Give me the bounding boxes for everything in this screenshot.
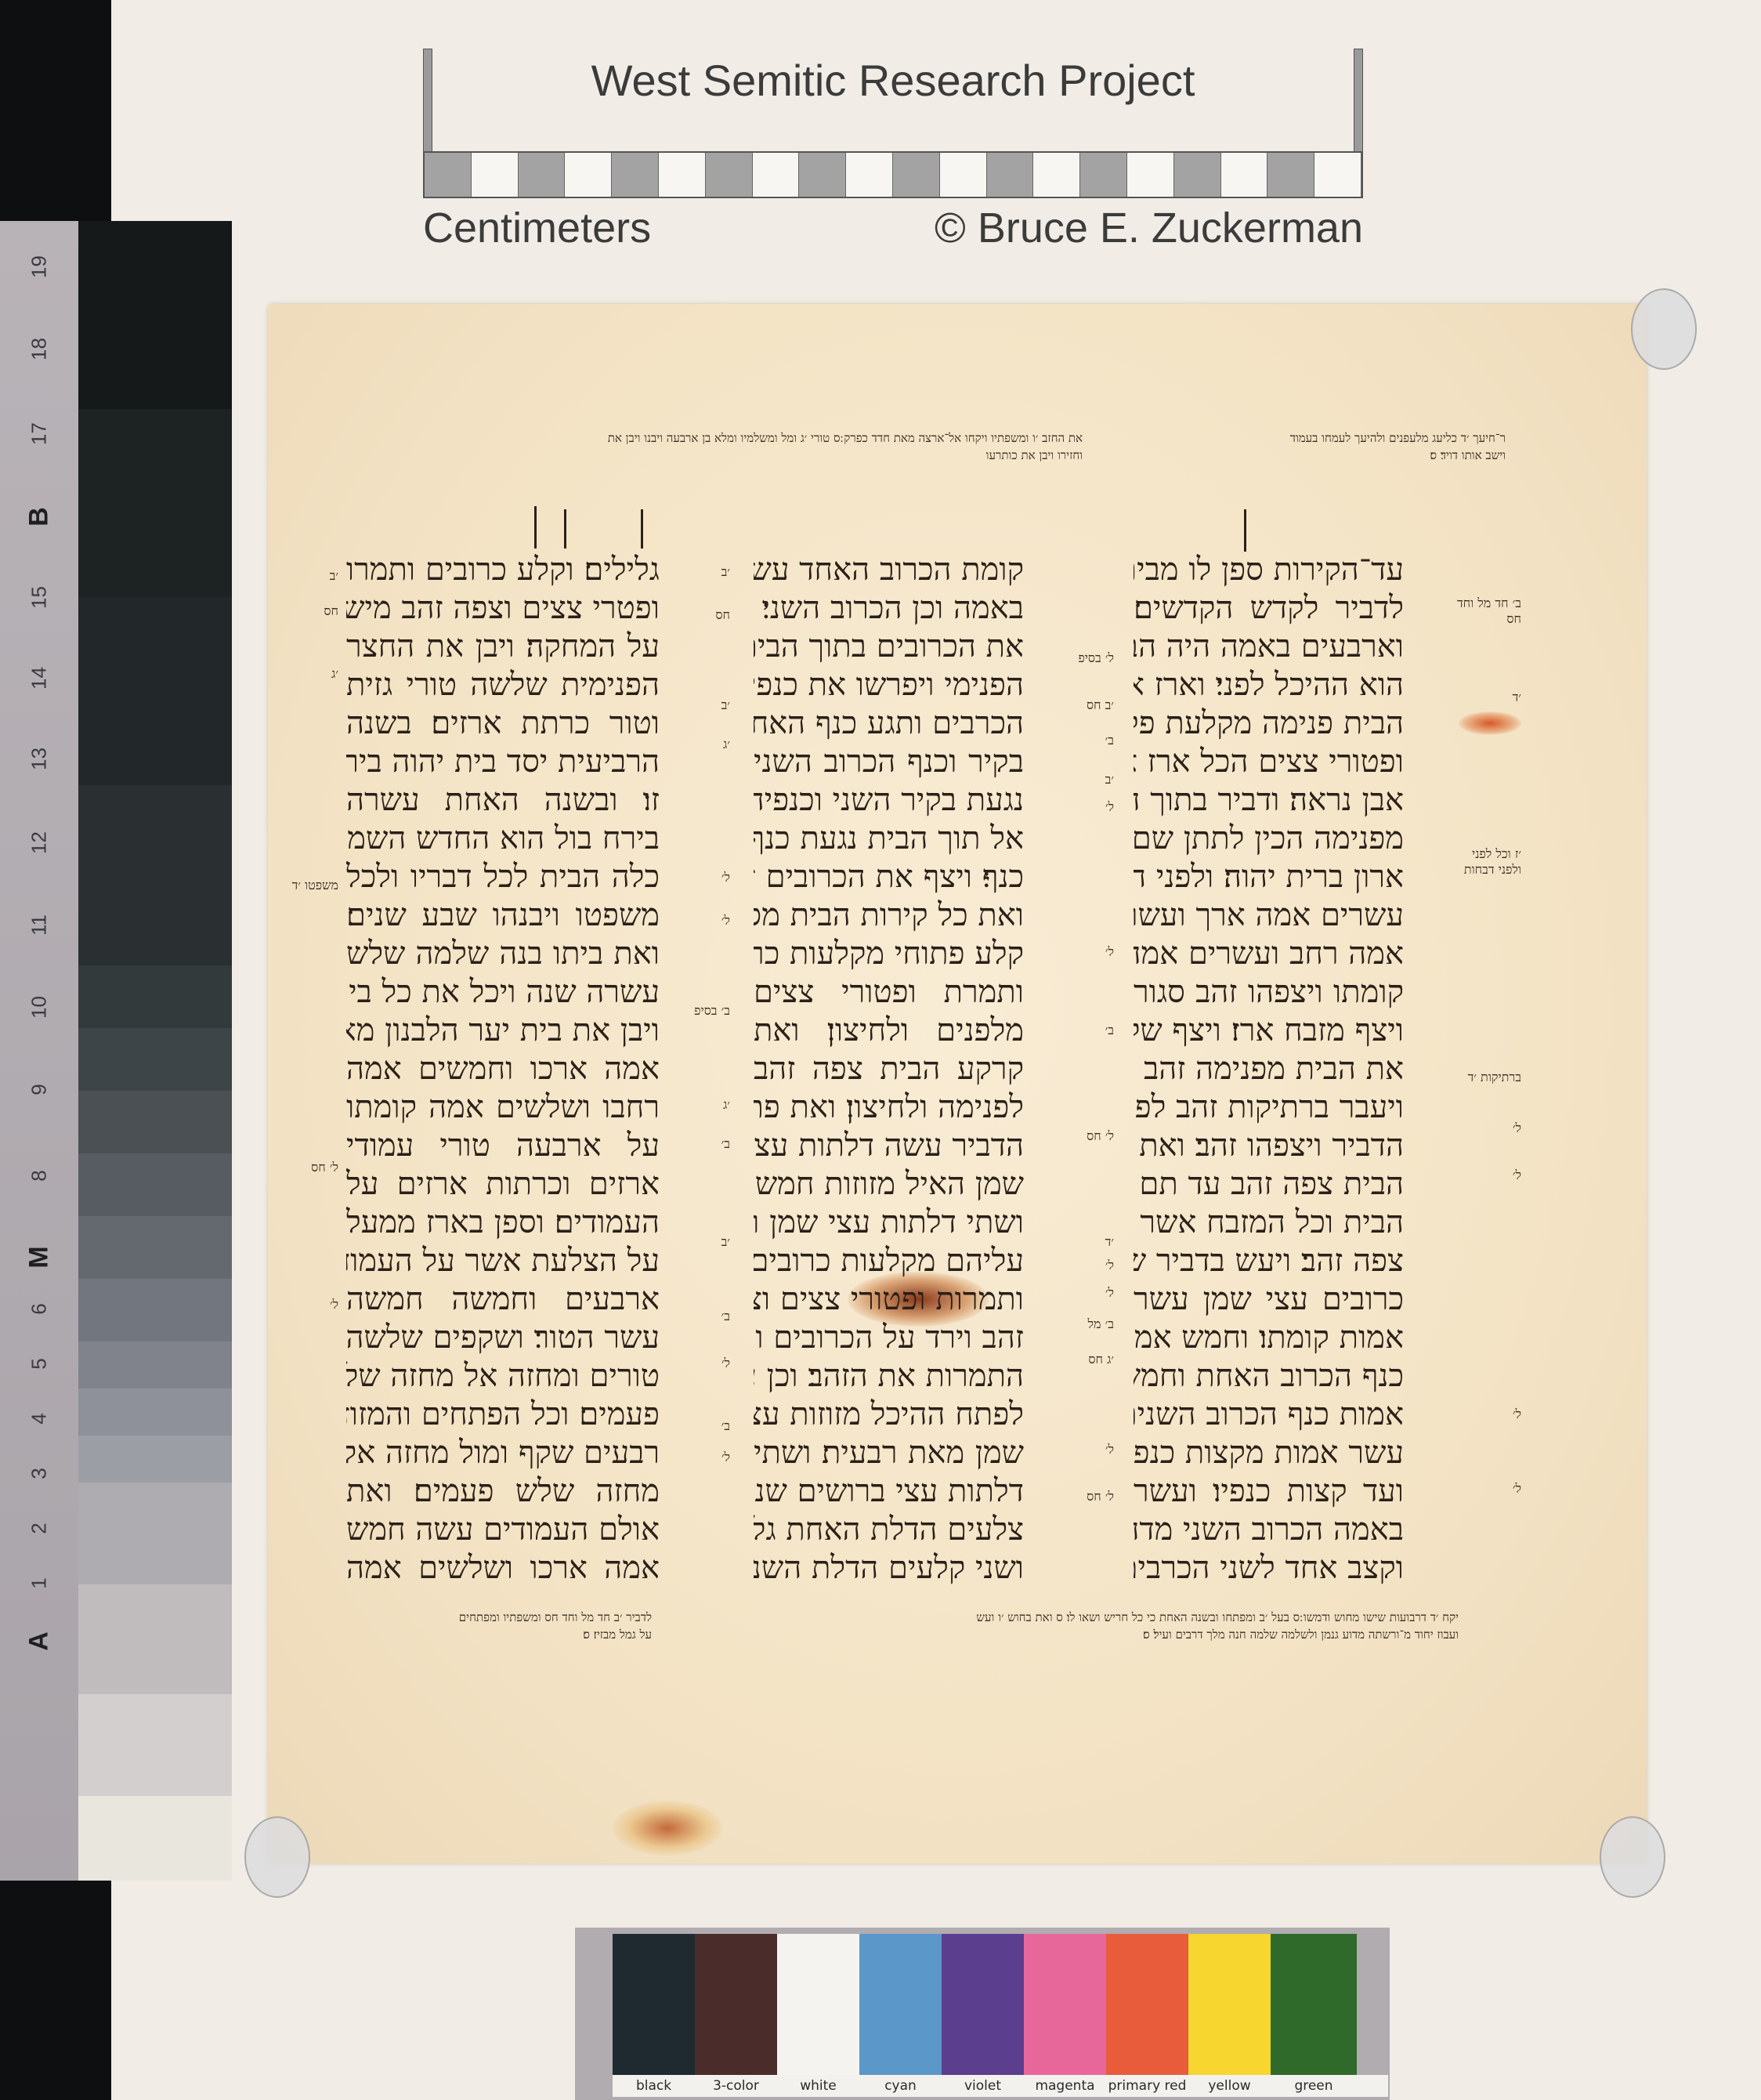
- text-line: אמה ארכו ושלשים אמה: [346, 1549, 660, 1588]
- manuscript-leaf: ר־חיעך ׳ד כליעג מלעפנים ולהיעך לעמחו בעמ…: [268, 304, 1647, 1863]
- text-line: אמות כנף הכרוב השנית: [1134, 1396, 1404, 1434]
- color-label-strip: black3-colorwhitecyanvioletmagentaprimar…: [613, 2075, 1388, 2097]
- ruler-label: 12: [27, 827, 52, 859]
- text-line: ושתי דלתות עצי שמן וקלע: [754, 1204, 1024, 1242]
- text-line: גלילים׃ וקלע כרובים ותמרות: [346, 551, 660, 589]
- ruler-label: 15: [27, 582, 52, 614]
- text-line: ופטורי צצים הכל ארז אין: [1134, 743, 1404, 781]
- ruler-label: A: [24, 1626, 55, 1657]
- ruler-label: 3: [27, 1458, 52, 1490]
- text-line: באמה וכן הכרוב השני׃ ויתן: [754, 589, 1024, 628]
- gray-step: [78, 785, 232, 965]
- marginal-note: ל׳ חס: [1059, 1128, 1114, 1144]
- text-line: אבן נראה׃ ודביר בתוך הבית: [1134, 781, 1404, 820]
- masora-line: יקח ׳ד דרבועות שישו מחוש ודמשו ׃ס בעל ׳ב…: [976, 1609, 1459, 1626]
- marginal-note: ׳ג: [675, 1097, 730, 1113]
- text-line: עליהם מקלעות כרובים: [754, 1242, 1024, 1280]
- ruler-label: 5: [27, 1349, 52, 1380]
- gray-step: [78, 1584, 232, 1694]
- color-patch-violet: [942, 1934, 1024, 2075]
- marginal-note: ל׳ חס: [284, 1160, 338, 1175]
- scale-cell: [706, 153, 753, 197]
- scale-cell: [1221, 153, 1268, 197]
- text-line: רחבו ושלשים אמה קומתו: [346, 1088, 660, 1127]
- stain-right-margin: [1459, 711, 1521, 735]
- masora-line: וחזירו ויבן את כותרעו: [608, 447, 1083, 464]
- text-line: עשר אמות מקצות כנפיו: [1134, 1434, 1404, 1472]
- masora-magna-bottom-right: יקח ׳ד דרבועות שישו מחוש ודמשו ׃ס בעל ׳ב…: [976, 1609, 1459, 1643]
- marginal-note: ב׳: [1059, 733, 1114, 748]
- color-patch-white: [777, 1934, 859, 2075]
- marginal-note: ל׳: [1059, 1442, 1114, 1457]
- lamed-ascender: [641, 509, 643, 549]
- text-line: מפנימה הכין לתתן שם את: [1134, 820, 1404, 858]
- color-patch-green: [1271, 1934, 1357, 2075]
- scale-cell: [472, 153, 519, 197]
- text-line: על המחקה׃ ויבן את החצר: [346, 628, 660, 666]
- marginal-note: ב׳: [675, 1309, 730, 1324]
- color-patch-row: [613, 1934, 1388, 2075]
- text-line: רבעים שקף ומול מחזה אל: [346, 1434, 660, 1472]
- text-line: טורים ומחזה אל מחזה שלש: [346, 1357, 660, 1396]
- text-column-right: עד־הקירות ספן לו מבית ללדביר לקדש הקדשים…: [1134, 551, 1404, 1588]
- masora-line: וישב אותו דויד׃ ס׃: [1290, 447, 1506, 464]
- ruler-label: 9: [27, 1074, 52, 1106]
- marginal-note: ב׳: [675, 1136, 730, 1152]
- gray-step: [78, 1216, 232, 1279]
- masora-magna-bottom-left: לדביר ׳ב חד מל וחד חס ומשפתיו ומפתחיםעל …: [459, 1609, 652, 1643]
- scale-cell: [893, 153, 940, 197]
- color-patch-black: [613, 1934, 695, 2075]
- masora-line: ר־חיעך ׳ד כליעג מלעפנים ולהיעך לעמחו בעמ…: [1290, 429, 1506, 447]
- scale-cell: [753, 153, 800, 197]
- marginal-note: ב׳ בסיפ: [675, 1003, 730, 1019]
- lamed-ascender: [1244, 509, 1246, 552]
- scale-cell: [1267, 153, 1314, 197]
- text-line: צפה זהב׃ ויעש בדביר שני: [1134, 1242, 1404, 1280]
- marginal-note: ׳ב חס: [1059, 697, 1114, 713]
- text-line: נגעת בקיר השני וכנפיהם: [754, 781, 1024, 820]
- scale-cell: [1174, 153, 1221, 197]
- text-line: אולם העמודים עשה חמשים: [346, 1511, 660, 1549]
- scale-cell: [425, 153, 472, 197]
- marginal-note: ב׳: [675, 1418, 730, 1434]
- color-calibration-chart: black3-colorwhitecyanvioletmagentaprimar…: [575, 1928, 1390, 2100]
- marginal-note: חס: [284, 603, 338, 619]
- text-line: את הכרובים בתוך הבית: [754, 628, 1024, 666]
- text-line: בקיר וכנף הכרוב השני: [754, 743, 1024, 781]
- color-patch-label: magenta: [1024, 2078, 1106, 2094]
- marginal-note: ל׳: [1451, 1481, 1521, 1497]
- color-patch-3-color: [695, 1934, 777, 2075]
- marginal-note: ׳ז וכל לפני ולפני דבחות: [1451, 846, 1521, 878]
- text-line: הכרבים ותגע כנף האחד: [754, 704, 1024, 743]
- text-line: לפתח ההיכל מזוזות עצי: [754, 1396, 1024, 1434]
- ruler-label: 18: [27, 334, 52, 365]
- scale-cell: [940, 153, 987, 197]
- text-line: אמה רחב ועשרים אמה: [1134, 935, 1404, 973]
- scale-cell: [659, 153, 706, 197]
- text-line: זהב וירד על הכרובים ועל: [754, 1319, 1024, 1357]
- text-line: הדביר ויצפהו זהב׃ ואת כל: [1134, 1127, 1404, 1165]
- text-line: ושני קלעים הדלת השנית: [754, 1549, 1024, 1588]
- ruler-label: 4: [27, 1403, 52, 1435]
- vertical-ruler: 191817B15141312111098M654321A: [0, 221, 78, 1881]
- marginal-note: ׳ב: [675, 564, 730, 580]
- color-patch-cyan: [859, 1934, 942, 2075]
- ruler-label: 14: [27, 663, 52, 694]
- ruler-label: 1: [27, 1568, 52, 1599]
- marginal-note: ׳ג: [284, 666, 338, 682]
- grayscale-step-wedge: [78, 221, 232, 1881]
- text-line: קרקע הבית צפה זהב: [754, 1050, 1024, 1088]
- backdrop-dark-bottom: [0, 1881, 111, 2100]
- text-line: על הצלעת אשר על העמודים: [346, 1242, 660, 1280]
- marginal-note: ל׳: [1059, 1258, 1114, 1273]
- ruler-label: 8: [27, 1160, 52, 1192]
- color-patch-magenta: [1024, 1934, 1106, 2075]
- text-line: אל תוך הבית נגעת כנף אל: [754, 820, 1024, 858]
- text-line: עשר הטור׃ ושקפים שלשה: [346, 1319, 660, 1357]
- text-line: צלעים הדלת האחת גלילים: [754, 1511, 1024, 1549]
- gray-step: [78, 1483, 232, 1584]
- marginal-note: ׳ג חס: [1059, 1352, 1114, 1367]
- scale-cell: [1127, 153, 1174, 197]
- marginal-note: ב׳: [1059, 1023, 1114, 1038]
- text-line: מלפנים ולחיצון׃ ואת: [754, 1012, 1024, 1050]
- text-line: ויבן את בית יער הלבנון מאה: [346, 1012, 660, 1050]
- text-line: באמה הכרוב השני מדה אחת: [1134, 1511, 1404, 1549]
- text-line: ופטרי צצים וצפה זהב מישר: [346, 589, 660, 628]
- marginal-note: ל׳: [284, 1297, 338, 1312]
- marginal-note: ל׳: [1059, 944, 1114, 960]
- text-line: ויעבר ברתיקות זהב לפני: [1134, 1088, 1404, 1127]
- text-line: התמרות את הזהב׃ וכן עשה: [754, 1357, 1024, 1396]
- text-line: עשרים אמה ארך ועשרים: [1134, 896, 1404, 935]
- gray-step: [78, 1694, 232, 1796]
- marginal-note: ל׳: [1059, 1285, 1114, 1301]
- text-line: הבית וכל המזבח אשר לדביר: [1134, 1204, 1404, 1242]
- scale-cell: [846, 153, 893, 197]
- marginal-note: ׳ג: [675, 737, 730, 752]
- text-line: בירח בול הוא החדש השמיני: [346, 820, 660, 858]
- color-patch-label: black: [613, 2078, 695, 2094]
- corner-mount-top-right: [1631, 288, 1697, 370]
- masora-magna-top-middle: את החזב ׳ו ומשפתיו ויקחו אל־ארצה מאת חדד…: [608, 429, 1083, 464]
- gray-step: [78, 1279, 232, 1341]
- masora-magna-top-right: ר־חיעך ׳ד כליעג מלעפנים ולהיעך לעמחו בעמ…: [1290, 429, 1506, 464]
- masora-line: ועבוז יחוד מ־ורשתה מדוע גנמן ולשלמה שלמה…: [976, 1626, 1459, 1643]
- scale-cell: [1080, 153, 1127, 197]
- marginal-note: ׳ד: [1059, 1234, 1114, 1250]
- project-title: West Semitic Research Project: [423, 55, 1363, 106]
- text-line: ותמרת ופטורי צצים: [754, 973, 1024, 1012]
- text-line: דלתות עצי ברושים שני: [754, 1472, 1024, 1511]
- text-line: אמה ארכו וחמשים אמה: [346, 1050, 660, 1088]
- text-line: ויצף מזבח ארז׃ ויצף שלמה: [1134, 1012, 1404, 1050]
- text-line: כנף׃ ויצף את הכרובים זהב׃: [754, 858, 1024, 896]
- ruler-label: B: [24, 501, 55, 533]
- text-line: הרביעית יסד בית יהוה בירח: [346, 743, 660, 781]
- text-line: וקצב אחד לשני הכרבים׃: [1134, 1549, 1404, 1588]
- marginal-note: ל׳: [1059, 799, 1114, 815]
- gray-step: [78, 1436, 232, 1483]
- marginal-note: ׳ב: [675, 697, 730, 713]
- lamed-ascender: [564, 509, 566, 549]
- marginal-note: משפטו ׳ד: [284, 878, 338, 893]
- marginal-note: ל׳: [675, 913, 730, 929]
- text-line: ארון ברית יהוה׃ ולפני הדביר: [1134, 858, 1404, 896]
- text-line: ותמרות ופטורי צצים וצפה: [754, 1280, 1024, 1319]
- marginal-note: ל׳: [1451, 1407, 1521, 1422]
- scale-cell: [1033, 153, 1080, 197]
- color-patch-label: green: [1271, 2078, 1357, 2094]
- masora-line: על גמל מבזיז׃ ס׃: [459, 1626, 652, 1643]
- text-line: שמן האיל מזוזות חמשית׃: [754, 1165, 1024, 1204]
- text-line: ואת כל קירות הבית מסב: [754, 896, 1024, 935]
- text-line: משפטו ויבנהו שבע שנים׃: [346, 896, 660, 935]
- text-line: הוא ההיכל לפני׃ וארז אל: [1134, 666, 1404, 704]
- marginal-note: ׳ב: [284, 568, 338, 584]
- ruler-label: 19: [27, 252, 52, 283]
- text-line: ארזים וכרתות ארזים על: [346, 1165, 660, 1204]
- masora-line: את החזב ׳ו ומשפתיו ויקחו אל־ארצה מאת חדד…: [608, 429, 1083, 447]
- text-line: הבית פנימה מקלעת פקעים: [1134, 704, 1404, 743]
- color-patch-label: 3-color: [695, 2078, 777, 2094]
- ruler-label: 13: [27, 744, 52, 775]
- gray-step: [78, 1389, 232, 1436]
- marginal-note: ב׳ חד מל וחד חס: [1451, 596, 1521, 627]
- color-patch-label: cyan: [859, 2078, 942, 2094]
- gray-step: [78, 221, 232, 409]
- text-line: קומת הכרוב האחד עשר: [754, 551, 1024, 589]
- marginal-note: ל׳: [675, 870, 730, 885]
- gray-step: [78, 1153, 232, 1216]
- text-line: וארבעים באמה היה הבית: [1134, 628, 1404, 666]
- color-patch-label: violet: [942, 2078, 1024, 2094]
- text-line: את הבית מפנימה זהב סגור: [1134, 1050, 1404, 1088]
- stain-bottom: [613, 1801, 722, 1856]
- scale-unit-label: Centimeters: [423, 204, 651, 252]
- text-line: וטור כרתת ארזים׃ בשנה: [346, 704, 660, 743]
- text-line: עשרה שנה ויכל את כל ביתו: [346, 973, 660, 1012]
- color-patch-label: white: [777, 2078, 859, 2094]
- ruler-label: M: [24, 1242, 55, 1273]
- marginal-note: ב׳ מל: [1059, 1316, 1114, 1332]
- corner-mount-bottom-left: [244, 1816, 310, 1898]
- color-patch-yellow: [1188, 1934, 1271, 2075]
- gray-step: [78, 1028, 232, 1091]
- ruler-label: 17: [27, 418, 52, 450]
- text-column-left: גלילים׃ וקלע כרובים ותמרותופטרי צצים וצפ…: [346, 551, 660, 1588]
- centimeter-scale-bar: [423, 151, 1363, 198]
- marginal-note: ל׳: [675, 1356, 730, 1371]
- scale-cell: [612, 153, 659, 197]
- color-patch-label: yellow: [1188, 2078, 1271, 2094]
- text-line: קלע פתוחי מקלעות כרובים: [754, 935, 1024, 973]
- text-line: לדביר לקדש הקדשים׃: [1134, 589, 1404, 628]
- marginal-note: ל׳: [1451, 1168, 1521, 1183]
- text-line: קומתו ויצפהו זהב סגור: [1134, 973, 1404, 1012]
- ruler-label: 6: [27, 1294, 52, 1325]
- marginal-note: ברתיקות ׳ד: [1451, 1070, 1521, 1085]
- text-line: הפנימי ויפרשו את כנפי: [754, 666, 1024, 704]
- marginal-note: ל׳ חס: [1059, 1489, 1114, 1504]
- corner-mount-bottom-right: [1600, 1816, 1665, 1898]
- gray-step: [78, 1341, 232, 1389]
- marginal-note: חס: [675, 607, 730, 623]
- text-line: הבית צפה זהב עד תם כל: [1134, 1165, 1404, 1204]
- marginal-note: ל׳: [1451, 1121, 1521, 1136]
- text-line: ואת ביתו בנה שלמה שלש: [346, 935, 660, 973]
- color-patch-label: primary red: [1106, 2078, 1188, 2094]
- marginal-note: ׳ב: [675, 1234, 730, 1250]
- text-line: על ארבעה טורי עמודי: [346, 1127, 660, 1165]
- marginal-note: ׳ד: [1451, 690, 1521, 705]
- scale-cell: [1314, 153, 1361, 197]
- text-column-middle: קומת הכרוב האחד עשרבאמה וכן הכרוב השני׃ …: [754, 551, 1024, 1588]
- gray-step: [78, 965, 232, 1028]
- gray-step: [78, 1091, 232, 1153]
- lamed-ascender: [534, 506, 537, 549]
- marginal-note: ׳ב: [1059, 772, 1114, 787]
- masora-line: לדביר ׳ב חד מל וחד חס ומשפתיו ומפתחים: [459, 1609, 652, 1626]
- text-line: הפנימית שלשה טורי גזית: [346, 666, 660, 704]
- text-line: אמות קומתו׃ וחמש אמות: [1134, 1319, 1404, 1357]
- gray-step: [78, 1796, 232, 1881]
- marginal-note: ל׳: [675, 1450, 730, 1465]
- scale-cell: [565, 153, 612, 197]
- gray-step: [78, 409, 232, 597]
- text-line: ועד קצות כנפיו׃ ועשר: [1134, 1472, 1404, 1511]
- text-line: עד־הקירות ספן לו מבית ל: [1134, 551, 1404, 589]
- backdrop-dark-top: [0, 0, 111, 221]
- scale-cell: [519, 153, 566, 197]
- text-line: ארבעים וחמשה חמשה: [346, 1280, 660, 1319]
- scale-cell: [799, 153, 846, 197]
- marginal-note: ל׳ בסיפ: [1059, 650, 1114, 666]
- text-line: הדביר עשה דלתות עצי: [754, 1127, 1024, 1165]
- text-line: כלה הבית לכל דבריו ולכל: [346, 858, 660, 896]
- scale-bar-header: West Semitic Research Project Centimeter…: [423, 47, 1363, 259]
- copyright-notice: © Bruce E. Zuckerman: [935, 204, 1363, 252]
- color-patch-primary-red: [1106, 1934, 1188, 2075]
- text-line: זו׃ ובשנה האחת עשרה: [346, 781, 660, 820]
- text-line: כנף הכרוב האחת וחמש: [1134, 1357, 1404, 1396]
- text-line: העמודים׃ וספן בארז ממעל: [346, 1204, 660, 1242]
- text-line: כרובים עצי שמן עשר: [1134, 1280, 1404, 1319]
- gray-step: [78, 597, 232, 785]
- text-line: פעמים׃ וכל הפתחים והמזוזות: [346, 1396, 660, 1434]
- text-line: מחזה שלש פעמים׃ ואת: [346, 1472, 660, 1511]
- scale-cell: [987, 153, 1034, 197]
- ruler-label: 11: [27, 910, 52, 941]
- ruler-label: 2: [27, 1513, 52, 1544]
- text-line: לפנימה ולחיצון׃ ואת פתח: [754, 1088, 1024, 1127]
- text-line: שמן מאת רבעית׃ ושתי: [754, 1434, 1024, 1472]
- ruler-label: 10: [27, 992, 52, 1023]
